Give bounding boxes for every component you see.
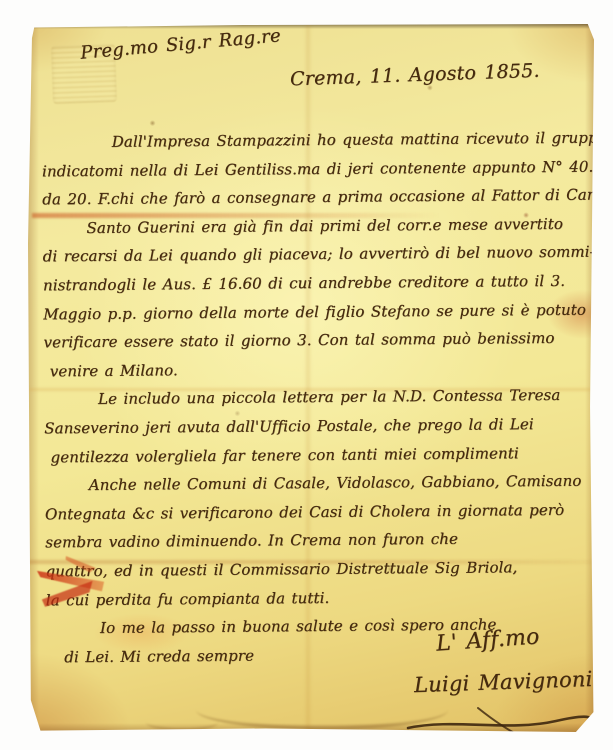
letter-body: Dall'Impresa Stampazzini ho questa matti… [38,124,595,672]
signature-name: Luigi Mavignoni [414,667,593,697]
body-line: quattro, ed in questi il Commissario Dis… [45,552,593,585]
body-line: Santo Guerini era già fin dai primi del … [86,209,590,242]
body-line: verificare essere stato il giorno 3. Con… [43,324,591,357]
body-line: Dall'Impresa Stampazzini ho questa matti… [112,124,590,157]
body-line: da 20. F.chi che farò a consegnare a pri… [42,181,590,214]
letter-paper: Preg.mo Sig.r Rag.re Crema, 11. Agosto 1… [28,24,594,732]
red-pencil-mark [34,558,114,618]
dateline: Crema, 11. Agosto 1855. [290,60,540,91]
body-line: Anche nelle Comuni di Casale, Vidolasco,… [89,467,593,500]
salutation: Preg.mo Sig.r Rag.re [79,25,281,63]
body-line: Ontegnata &c si verificarono dei Casi di… [45,495,593,528]
scanned-letter-photo: Preg.mo Sig.r Rag.re Crema, 11. Agosto 1… [0,0,613,750]
red-mark-stroke [36,566,105,591]
body-line: nistrandogli le Aus. £ 16.60 di cui andr… [43,267,591,300]
body-line: Le includo una piccola lettera per la N.… [98,381,592,414]
ink-showthrough-arc-small [146,714,218,731]
body-line: Sanseverino jeri avuta dall'Ufficio Post… [44,410,592,443]
ink-showthrough-arc [196,690,448,730]
